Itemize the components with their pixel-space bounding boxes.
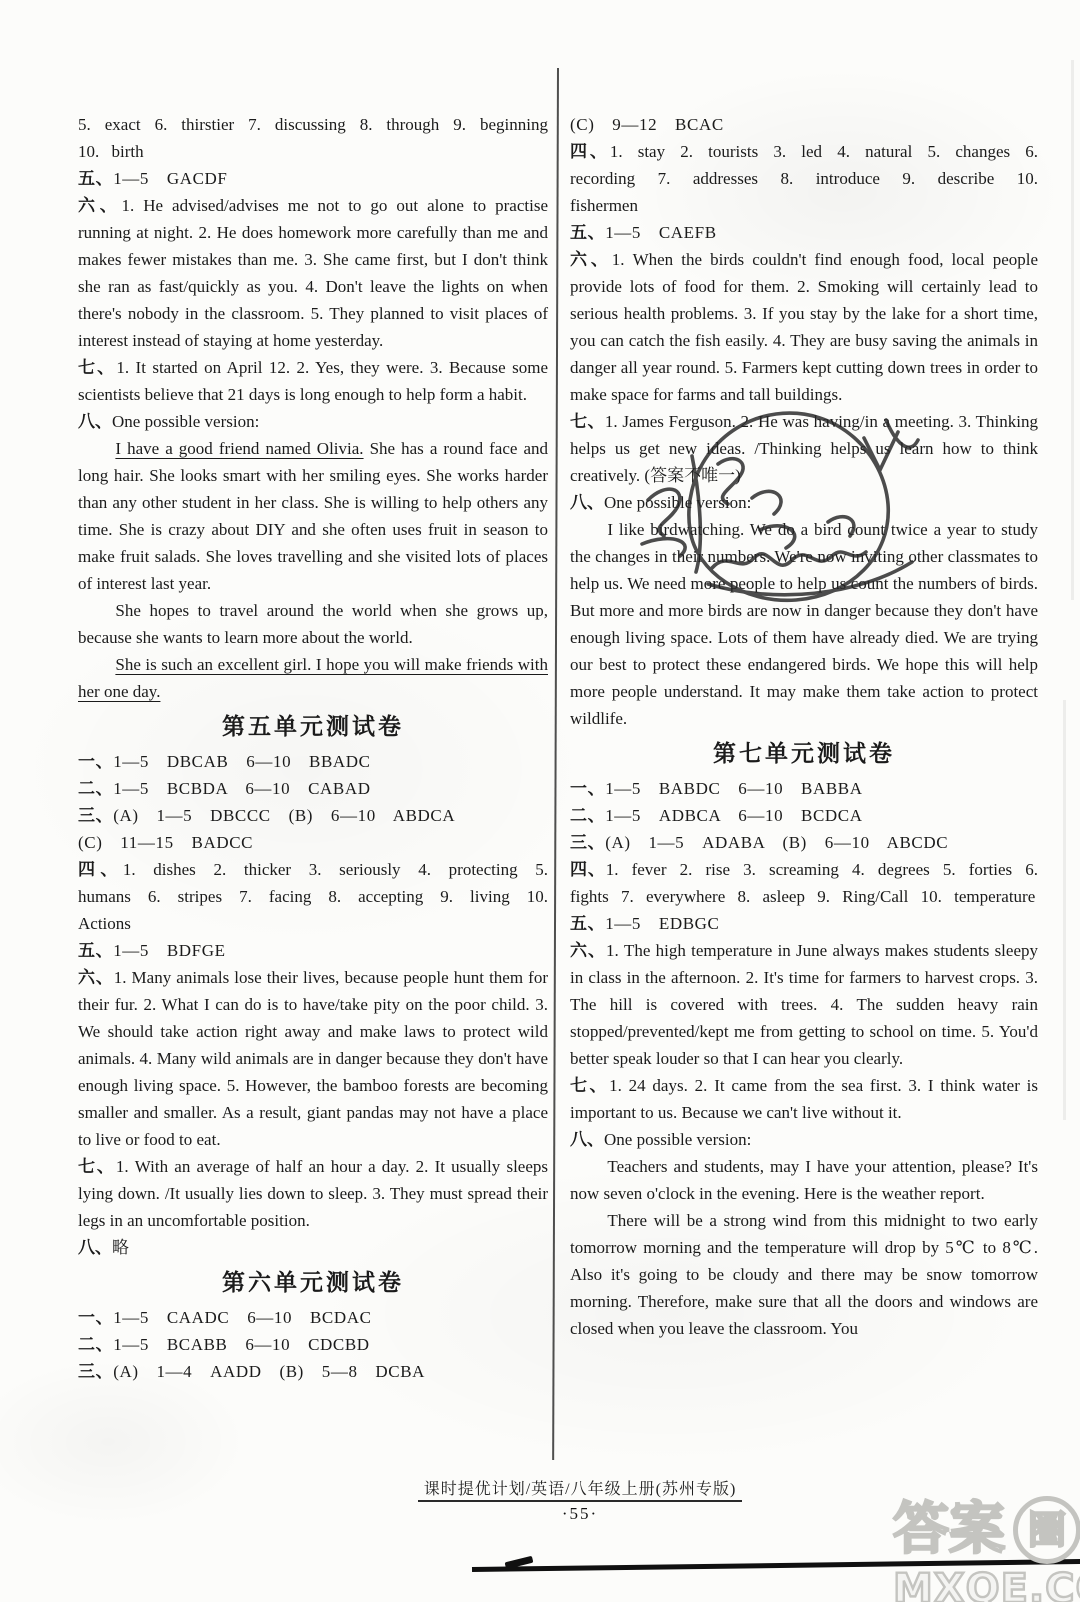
section-marker: 二、 (78, 1335, 113, 1354)
section-marker: 一、 (78, 752, 113, 771)
answer-line: 一、1—5 DBCAB 6—10 BBADC (78, 748, 548, 775)
section-marker: 四、 (570, 860, 606, 879)
answers-text: 略 (112, 1238, 129, 1257)
answer-line: 五、1—5 GACDF (78, 165, 548, 192)
answer-line: 二、1—5 ADBCA 6—10 BCDCA (570, 802, 1038, 829)
answer-paragraph: 八、One possible version: (78, 408, 548, 435)
answer-line: 五、1—5 BDFGE (78, 937, 548, 964)
answers-text: 1—5 CAADC 6—10 BCDAC (113, 1308, 371, 1327)
section-marker: 五、 (78, 941, 113, 960)
section-marker: 六、 (570, 250, 612, 269)
scan-streak (1071, 60, 1074, 600)
answer-paragraph: 六、1. He advised/advises me not to go out… (78, 192, 548, 354)
essay-paragraph: She is such an excellent girl. I hope yo… (78, 651, 548, 705)
answer-line: 五、1—5 CAEFB (570, 219, 1038, 246)
answers-text: 1. The high temperature in June always m… (570, 941, 1038, 1068)
essay-paragraph: There will be a strong wind from this mi… (570, 1207, 1038, 1342)
answer-line: 五、1—5 EDBGC (570, 910, 1038, 937)
answers-text: 1. dishes 2. thicker 3. seriously 4. pro… (78, 860, 548, 933)
section-marker: 三、 (78, 1362, 113, 1381)
answers-text: 1—5 CAEFB (605, 223, 716, 242)
answers-text: 1—5 EDBGC (605, 914, 719, 933)
answers-text: 1—5 GACDF (113, 169, 227, 188)
answer-paragraph: 六、1. When the birds couldn't find enough… (570, 246, 1038, 408)
section-marker: 七、 (78, 1157, 116, 1176)
answer-paragraph: 七、1. It started on April 12. 2. Yes, the… (78, 354, 548, 408)
answers-text: 5. exact 6. thirstier 7. discussing 8. t… (78, 115, 548, 161)
answers-text: 1—5 BDFGE (113, 941, 225, 960)
section-marker: 六、 (570, 941, 606, 960)
answer-paragraph: 六、1. Many animals lose their lives, beca… (78, 964, 548, 1153)
essay-text: Teachers and students, may I have your a… (570, 1157, 1038, 1203)
section-marker: 三、 (570, 833, 605, 852)
section-marker: 二、 (570, 806, 605, 825)
watermark-circle-badge: 圈 (1013, 1496, 1080, 1564)
answer-paragraph: 六、1. The high temperature in June always… (570, 937, 1038, 1072)
answers-text: (C) 9—12 BCAC (570, 115, 724, 134)
column-divider (552, 68, 559, 1460)
answer-line: 三、(A) 1—5 DBCCC (B) 6—10 ABDCA (78, 802, 548, 829)
handwritten-watermark (618, 402, 948, 614)
answers-text: (A) 1—4 AADD (B) 5—8 DCBA (113, 1362, 425, 1381)
answer-paragraph: 七、1. With an average of half an hour a d… (78, 1153, 548, 1234)
section-marker: 七、 (570, 1076, 609, 1095)
scan-streak (1063, 700, 1066, 1120)
section-marker: 八、 (78, 1238, 112, 1257)
section-marker: 六、 (78, 968, 114, 987)
essay-text: She hopes to travel around the world whe… (78, 601, 548, 647)
underlined-sentence: I have a good friend named Olivia. (115, 439, 363, 458)
essay-text: She has a round face and long hair. She … (78, 439, 548, 593)
section-marker: 四、 (570, 142, 610, 161)
essay-paragraph: I have a good friend named Olivia. She h… (78, 435, 548, 597)
answers-text: 1. When the birds couldn't find enough f… (570, 250, 1038, 404)
section-marker: 一、 (570, 779, 605, 798)
answer-line: 二、1—5 BCABB 6—10 CDCBD (78, 1331, 548, 1358)
section-marker: 四、 (78, 860, 123, 879)
scanned-answer-page: 5. exact 6. thirstier 7. discussing 8. t… (0, 0, 1080, 1602)
answer-line: 三、(A) 1—4 AADD (B) 5—8 DCBA (78, 1358, 548, 1385)
answer-line: 三、(A) 1—5 ADABA (B) 6—10 ABCDC (570, 829, 1038, 856)
section-marker: 八、 (570, 493, 604, 512)
essay-paragraph: She hopes to travel around the world whe… (78, 597, 548, 651)
section-marker: 八、 (570, 1130, 604, 1149)
watermark-brand-text: 答案 (893, 1502, 1005, 1558)
right-column: (C) 9—12 BCAC 四、1. stay 2. tourists 3. l… (570, 111, 1038, 1342)
answers-text: 1—5 ADBCA 6—10 BCDCA (605, 806, 862, 825)
watermark-domain: MXQE.COM (893, 1569, 1080, 1602)
answers-text: 1. stay 2. tourists 3. led 4. natural 5.… (570, 142, 1038, 215)
section-marker: 一、 (78, 1308, 113, 1327)
word-answers: 5. exact 6. thirstier 7. discussing 8. t… (78, 111, 548, 165)
section-marker: 五、 (570, 223, 605, 242)
word-answers: 四、1. fever 2. rise 3. screaming 4. degre… (570, 856, 1038, 910)
section-marker: 五、 (570, 914, 605, 933)
section-marker: 七、 (570, 412, 605, 431)
answers-text: 1. It started on April 12. 2. Yes, they … (78, 358, 548, 404)
section-marker: 二、 (78, 779, 113, 798)
answers-text: 1. fever 2. rise 3. screaming 4. degrees… (570, 860, 1038, 906)
essay-text: There will be a strong wind from this mi… (570, 1211, 1038, 1338)
answers-text: 1—5 DBCAB 6—10 BBADC (113, 752, 370, 771)
section-marker: 八、 (78, 412, 112, 431)
section-marker: 五、 (78, 169, 113, 188)
section-title-unit7: 第七单元测试卷 (570, 738, 1038, 770)
section-title-unit6: 第六单元测试卷 (78, 1267, 548, 1299)
left-column: 5. exact 6. thirstier 7. discussing 8. t… (78, 111, 548, 1385)
answers-text: One possible version: (112, 412, 259, 431)
answer-site-watermark: 答案 圈 MXQE.COM (893, 1496, 1080, 1602)
answer-line: 一、1—5 BABDC 6—10 BABBA (570, 775, 1038, 802)
answer-line: (C) 9—12 BCAC (570, 111, 1038, 138)
section-title-unit5: 第五单元测试卷 (78, 711, 548, 743)
word-answers: 四、1. dishes 2. thicker 3. seriously 4. p… (78, 856, 548, 937)
word-answers: 四、1. stay 2. tourists 3. led 4. natural … (570, 138, 1038, 219)
answers-text: 1. He advised/advises me not to go out a… (78, 196, 548, 350)
answers-text: 1. With an average of half an hour a day… (78, 1157, 548, 1230)
answers-text: (A) 1—5 DBCCC (B) 6—10 ABDCA (113, 806, 455, 825)
answers-text: (A) 1—5 ADABA (B) 6—10 ABCDC (605, 833, 948, 852)
answer-line: 二、1—5 BCBDA 6—10 CABAD (78, 775, 548, 802)
answers-text: 1. 24 days. 2. It came from the sea firs… (570, 1076, 1038, 1122)
answer-paragraph: 八、One possible version: (570, 1126, 1038, 1153)
answers-text: 1. Many animals lose their lives, becaus… (78, 968, 548, 1149)
footer-book-title: 课时提优计划/英语/八年级上册(苏州专版) (418, 1476, 743, 1502)
answer-line: (C) 11—15 BADCC (78, 829, 548, 856)
answers-text: One possible version: (604, 1130, 751, 1149)
answer-line: 一、1—5 CAADC 6—10 BCDAC (78, 1304, 548, 1331)
answer-paragraph: 八、略 (78, 1234, 548, 1261)
answers-text: (C) 11—15 BADCC (78, 833, 253, 852)
answer-paragraph: 七、1. 24 days. 2. It came from the sea fi… (570, 1072, 1038, 1126)
section-marker: 六、 (78, 196, 121, 215)
answers-text: 1—5 BABDC 6—10 BABBA (605, 779, 862, 798)
section-marker: 三、 (78, 806, 113, 825)
section-marker: 七、 (78, 358, 116, 377)
answers-text: 1—5 BCABB 6—10 CDCBD (113, 1335, 369, 1354)
answers-text: 1—5 BCBDA 6—10 CABAD (113, 779, 370, 798)
essay-paragraph: Teachers and students, may I have your a… (570, 1153, 1038, 1207)
underlined-sentence: She is such an excellent girl. I hope yo… (78, 655, 548, 701)
